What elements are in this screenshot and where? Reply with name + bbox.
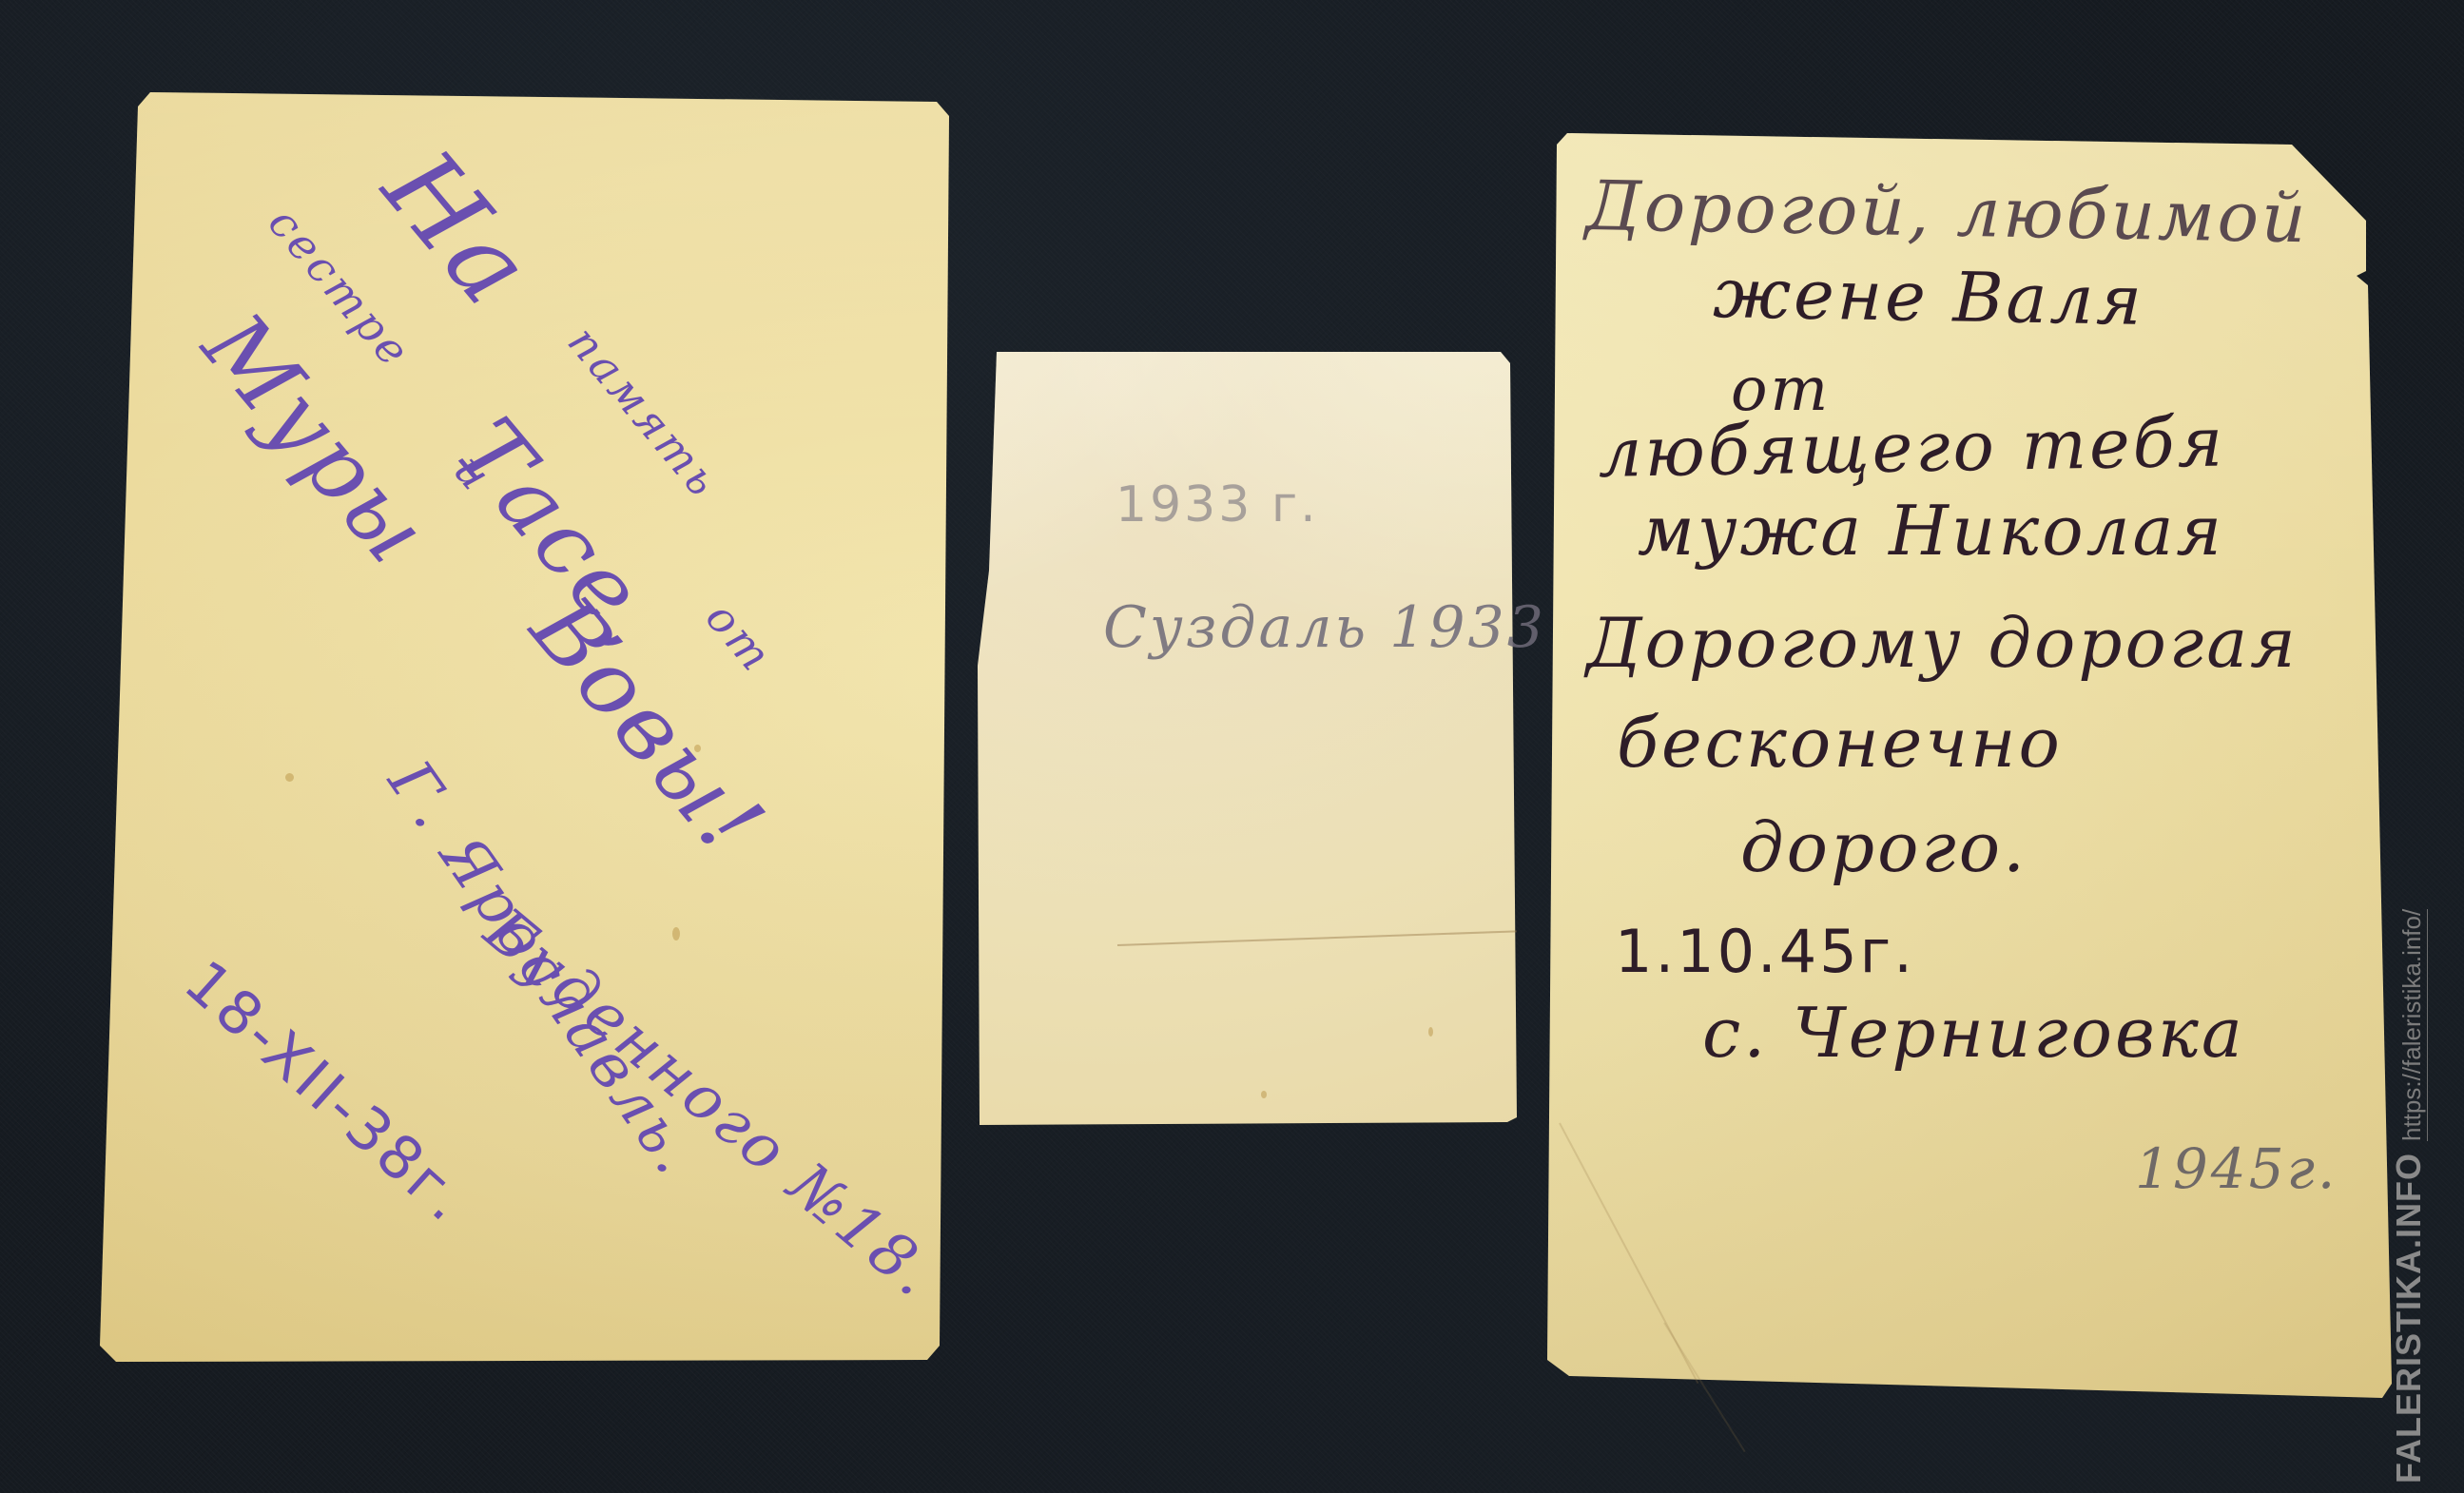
photo-scene: На память сестре Тасе, от Муры и Вовы! Г… xyxy=(0,0,2464,1493)
inscription-line: мужа Николая xyxy=(1638,496,2224,565)
watermark-brand: FALERISTIKA.INFO xyxy=(2389,1153,2429,1483)
inscription-line: Дорогому дорогая xyxy=(1586,609,2299,677)
inscription-year: 1945г. xyxy=(2135,1141,2338,1196)
inscription-line: дорого. xyxy=(1740,813,2027,882)
inscription-line: жене Валя xyxy=(1713,259,2145,335)
watermark: FALERISTIKA.INFO https://faleristika.inf… xyxy=(2389,909,2429,1483)
inscription-line: бесконечно xyxy=(1617,708,2063,777)
watermark-url[interactable]: https://faleristika.info/ xyxy=(2397,909,2428,1141)
inscription-place: с. Черниговка xyxy=(1702,999,2245,1067)
inscription-date: 1.10.45г. xyxy=(1615,922,1915,981)
inscription-line: Дорогой, любимой xyxy=(1585,171,2309,252)
inscription-line: любящего тебя xyxy=(1598,407,2226,487)
photo-card-right: Дорогой, любимой жене Валя от любящего т… xyxy=(0,0,2464,1493)
